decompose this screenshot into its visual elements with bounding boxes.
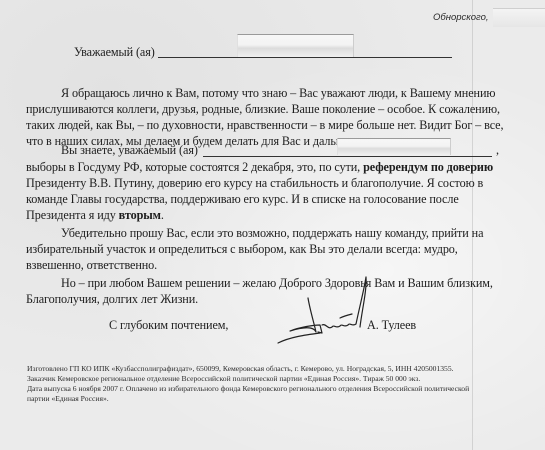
letter-page: Обнорского, Уважаемый (ая) Я обращаюсь л… bbox=[0, 0, 545, 450]
p1-line-3: таких людей, как Вы, – по духовности, нр… bbox=[26, 118, 503, 133]
body-name-line bbox=[203, 156, 492, 157]
p1-line-1: Я обращаюсь лично к Вам, потому что знаю… bbox=[61, 86, 495, 101]
p2-line-2: выборы в Госдуму РФ, которые состоятся 2… bbox=[26, 160, 493, 175]
p2-line-2-bold: референдум по доверию bbox=[363, 160, 493, 174]
p2-line-2-normal: выборы в Госдуму РФ, которые состоятся 2… bbox=[26, 160, 363, 174]
footer-line-3: Дата выпуска 6 ноября 2007 г. Оплачено и… bbox=[27, 384, 469, 393]
p2-line-4: команде Главы государства, поддерживаю е… bbox=[26, 192, 459, 207]
footer-line-1: Изготовлено ГП КО ИПК «Кузбассполиграфиз… bbox=[27, 364, 454, 373]
p3-line-1: Убедительно прошу Вас, если это возможно… bbox=[61, 226, 483, 241]
footer-line-4: партии «Единая Россия». bbox=[27, 394, 109, 403]
p2-line-1-suffix: , bbox=[496, 143, 499, 158]
p2-line-5-bold: вторым bbox=[119, 208, 161, 222]
p2-line-5: Президента я иду вторым. bbox=[26, 208, 164, 223]
p2-line-3: Президенту В.В. Путину, доверию его курс… bbox=[26, 176, 483, 191]
footer-line-2: Заказчик Кемеровское региональное отделе… bbox=[27, 374, 420, 383]
p1-line-2: прислушиваются коллеги, друзья, родные, … bbox=[26, 102, 500, 117]
salutation-label: Уважаемый (ая) bbox=[74, 45, 155, 60]
p3-line-3: взвешенно, ответственно. bbox=[26, 258, 157, 273]
p2-line-5-normal: Президента я иду bbox=[26, 208, 119, 222]
p2-line-5-end: . bbox=[161, 208, 164, 222]
redacted-address bbox=[493, 8, 545, 27]
p2-line-1-prefix: Вы знаете, уважаемый (ая) bbox=[61, 143, 198, 158]
redacted-name-salutation bbox=[237, 34, 354, 57]
address-fragment: Обнорского, bbox=[433, 12, 489, 23]
p4-line-2: Благополучия, долгих лет Жизни. bbox=[26, 292, 198, 307]
p3-line-2: избирательный участок и определиться с в… bbox=[26, 242, 458, 257]
signature-icon bbox=[270, 275, 380, 345]
redacted-name-body bbox=[337, 138, 451, 155]
salutation-name-line bbox=[158, 57, 452, 58]
closing-text: С глубоким почтением, bbox=[109, 318, 228, 333]
fold-line bbox=[472, 0, 473, 450]
